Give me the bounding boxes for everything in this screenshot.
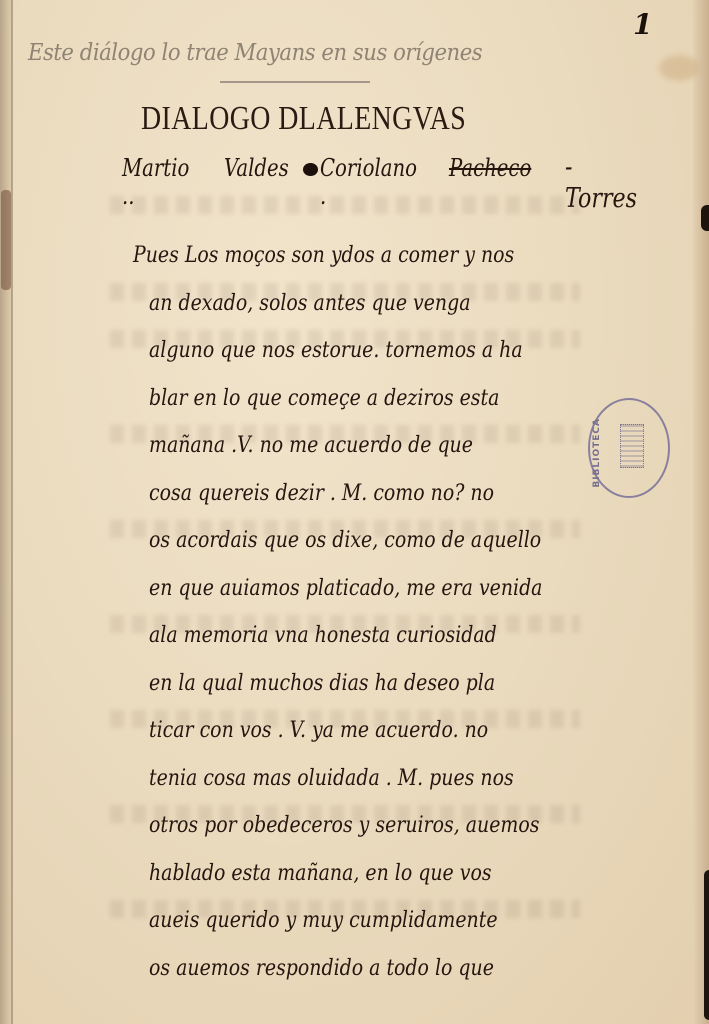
speaker-coriolano: Coriolano . (320, 154, 421, 210)
dialogue-text: Pues Los moços son ydos a comer y nos an… (133, 232, 603, 992)
folio-number: 1 (633, 8, 652, 41)
text-line: os auemos respondido a todo lo que (149, 945, 539, 993)
text-line: hablado esta mañana, en lo que vos (149, 850, 539, 898)
paper-stain (659, 55, 699, 81)
text-line: os acordais que os dixe, como de aquello (149, 517, 539, 565)
text-line: mañana .V. no me acuerdo de que (149, 422, 539, 470)
manuscript-page: 1 Este diálogo lo trae Mayans en sus orí… (0, 0, 709, 1024)
text-line: ala memoria vna honesta curiosidad (149, 612, 539, 660)
text-line: en que auiamos platicado, me era venida (149, 565, 539, 613)
library-stamp: BIBLIOTECA (588, 398, 670, 498)
binding-stain (1, 190, 11, 290)
text-line: otros por obedeceros y seruiros, auemos (149, 802, 539, 850)
page-title: DIALOGO DLALENGVAS (141, 100, 466, 138)
speaker-torres: - Torres (565, 152, 644, 214)
edge-mark (704, 870, 709, 1020)
text-line: en la qual muchos dias ha deseo pla (149, 660, 539, 708)
text-line: alguno que nos estorue. tornemos a ha (149, 327, 539, 375)
pencil-annotation: Este diálogo lo trae Mayans en sus oríge… (28, 40, 482, 66)
binding-line (11, 0, 13, 1024)
text-line: Pues Los moços son ydos a comer y nos (133, 232, 537, 280)
speaker-list: Martio .. Valdes Coriolano . Pacheco - T… (122, 152, 662, 214)
text-line: an dexado, solos antes que venga (149, 280, 539, 328)
edge-mark (701, 205, 709, 231)
ink-blot (303, 163, 318, 176)
speaker-martio: Martio .. (122, 154, 201, 210)
stamp-text: BIBLIOTECA (592, 418, 602, 488)
text-line: tenia cosa mas oluidada . M. pues nos (149, 755, 539, 803)
speaker-pacheco-struck: Pacheco (449, 154, 531, 182)
text-line: blar en lo que começe a deziros esta (149, 375, 539, 423)
coat-of-arms-icon (620, 424, 644, 468)
text-line: ticar con vos . V. ya me acuerdo. no (149, 707, 539, 755)
text-line: cosa quereis dezir . M. como no? no (149, 470, 539, 518)
speaker-valdes: Valdes (224, 154, 289, 182)
pencil-underline (220, 81, 370, 83)
text-line: aueis querido y muy cumplidamente (149, 897, 539, 945)
